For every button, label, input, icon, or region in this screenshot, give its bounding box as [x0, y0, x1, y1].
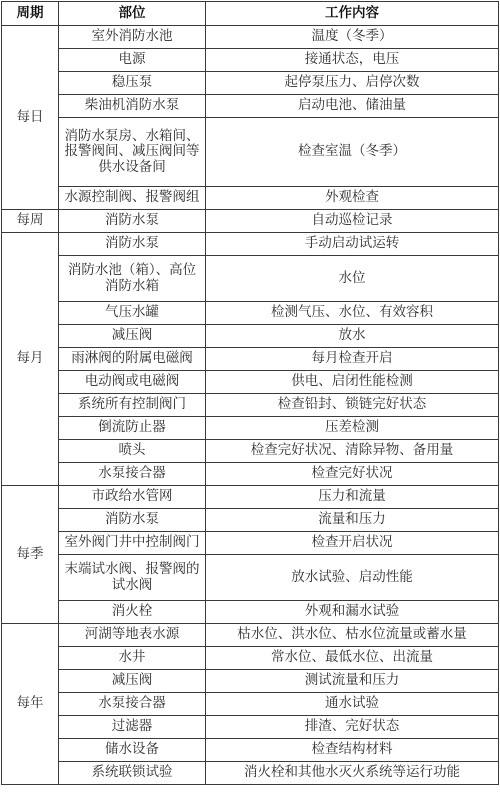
part-cell: 水泵接合器 — [59, 693, 206, 716]
content-cell: 供电、启闭性能检测 — [206, 371, 499, 394]
content-cell: 检查开启状况 — [206, 532, 499, 555]
period-monthly: 每月 — [2, 233, 59, 486]
table-row: 每月 消防水泵 手动启动试运转 — [2, 233, 499, 256]
table-row: 喷头 检查完好状况、清除异物、备用量 — [2, 440, 499, 463]
table-row: 减压阀 测试流量和压力 — [2, 670, 499, 693]
content-cell: 检查铅封、锁链完好状态 — [206, 394, 499, 417]
content-cell: 温度（冬季） — [206, 26, 499, 49]
part-cell: 水源控制阀、报警阀组 — [59, 187, 206, 210]
part-cell: 过滤器 — [59, 716, 206, 739]
part-cell: 减压阀 — [59, 325, 206, 348]
period-weekly: 每周 — [2, 210, 59, 233]
content-cell: 每月检查开启 — [206, 348, 499, 371]
maintenance-schedule-table: 周期 部位 工作内容 每日 室外消防水池 温度（冬季） 电源 接通状态，电压 稳… — [1, 1, 499, 785]
content-cell: 手动启动试运转 — [206, 233, 499, 256]
content-cell: 起停泵压力、启停次数 — [206, 72, 499, 95]
table-row: 储水设备 检查结构材料 — [2, 739, 499, 762]
table-row: 雨淋阀的附属电磁阀 每月检查开启 — [2, 348, 499, 371]
table-row: 水源控制阀、报警阀组 外观检查 — [2, 187, 499, 210]
part-cell: 气压水罐 — [59, 302, 206, 325]
table-row: 柴油机消防水泵 启动电池、储油量 — [2, 95, 499, 118]
part-cell: 市政给水管网 — [59, 486, 206, 509]
table-row: 水泵接合器 通水试验 — [2, 693, 499, 716]
part-cell: 末端试水阀、报警阀的试水阀 — [59, 555, 206, 601]
table-row: 电源 接通状态，电压 — [2, 49, 499, 72]
content-cell: 接通状态，电压 — [206, 49, 499, 72]
content-cell: 检查完好状况 — [206, 463, 499, 486]
content-cell: 检查结构材料 — [206, 739, 499, 762]
content-cell: 枯水位、洪水位、枯水位流量或蓄水量 — [206, 624, 499, 647]
table-row: 消防水池（箱）、高位消防水箱 水位 — [2, 256, 499, 302]
content-cell: 放水试验、启动性能 — [206, 555, 499, 601]
table-row: 每日 室外消防水池 温度（冬季） — [2, 26, 499, 49]
table-row: 稳压泵 起停泵压力、启停次数 — [2, 72, 499, 95]
table-row: 消防水泵房、水箱间、报警阀间、减压阀间等供水设备间 检查室温（冬季） — [2, 118, 499, 187]
table-row: 系统联锁试验 消火栓和其他水灭火系统等运行功能 — [2, 762, 499, 785]
content-cell: 水位 — [206, 256, 499, 302]
part-cell: 水泵接合器 — [59, 463, 206, 486]
part-cell: 稳压泵 — [59, 72, 206, 95]
table-row: 倒流防止器 压差检测 — [2, 417, 499, 440]
content-cell: 放水 — [206, 325, 499, 348]
content-cell: 检查完好状况、清除异物、备用量 — [206, 440, 499, 463]
table-row: 水井 常水位、最低水位、出流量 — [2, 647, 499, 670]
content-cell: 常水位、最低水位、出流量 — [206, 647, 499, 670]
part-cell: 储水设备 — [59, 739, 206, 762]
period-yearly: 每年 — [2, 624, 59, 785]
table-row: 气压水罐 检测气压、水位、有效容积 — [2, 302, 499, 325]
part-cell: 消火栓 — [59, 601, 206, 624]
part-cell: 水井 — [59, 647, 206, 670]
table-row: 每年 河湖等地表水源 枯水位、洪水位、枯水位流量或蓄水量 — [2, 624, 499, 647]
part-cell: 河湖等地表水源 — [59, 624, 206, 647]
part-cell: 系统所有控制阀门 — [59, 394, 206, 417]
table-row: 系统所有控制阀门 检查铅封、锁链完好状态 — [2, 394, 499, 417]
content-cell: 压差检测 — [206, 417, 499, 440]
content-cell: 通水试验 — [206, 693, 499, 716]
table-row: 水泵接合器 检查完好状况 — [2, 463, 499, 486]
content-cell: 检测气压、水位、有效容积 — [206, 302, 499, 325]
content-cell: 自动巡检记录 — [206, 210, 499, 233]
part-cell: 电动阀或电磁阀 — [59, 371, 206, 394]
header-content: 工作内容 — [206, 2, 499, 26]
content-cell: 启动电池、储油量 — [206, 95, 499, 118]
period-quarterly: 每季 — [2, 486, 59, 624]
period-daily: 每日 — [2, 26, 59, 210]
content-cell: 测试流量和压力 — [206, 670, 499, 693]
table-row: 电动阀或电磁阀 供电、启闭性能检测 — [2, 371, 499, 394]
part-cell: 消防水池（箱）、高位消防水箱 — [59, 256, 206, 302]
part-cell: 消防水泵 — [59, 233, 206, 256]
part-cell: 减压阀 — [59, 670, 206, 693]
content-cell: 外观和漏水试验 — [206, 601, 499, 624]
part-cell: 柴油机消防水泵 — [59, 95, 206, 118]
table-row: 每周 消防水泵 自动巡检记录 — [2, 210, 499, 233]
header-period: 周期 — [2, 2, 59, 26]
table-row: 过滤器 排渣、完好状态 — [2, 716, 499, 739]
table-row: 消防水泵 流量和压力 — [2, 509, 499, 532]
part-cell: 消防水泵 — [59, 509, 206, 532]
part-cell: 室外阀门井中控制阀门 — [59, 532, 206, 555]
part-cell: 雨淋阀的附属电磁阀 — [59, 348, 206, 371]
table-row: 末端试水阀、报警阀的试水阀 放水试验、启动性能 — [2, 555, 499, 601]
content-cell: 流量和压力 — [206, 509, 499, 532]
content-cell: 排渣、完好状态 — [206, 716, 499, 739]
table-row: 减压阀 放水 — [2, 325, 499, 348]
content-cell: 检查室温（冬季） — [206, 118, 499, 187]
part-cell: 室外消防水池 — [59, 26, 206, 49]
table-row: 室外阀门井中控制阀门 检查开启状况 — [2, 532, 499, 555]
part-cell: 消防水泵房、水箱间、报警阀间、减压阀间等供水设备间 — [59, 118, 206, 187]
part-cell: 倒流防止器 — [59, 417, 206, 440]
content-cell: 压力和流量 — [206, 486, 499, 509]
content-cell: 消火栓和其他水灭火系统等运行功能 — [206, 762, 499, 785]
part-cell: 系统联锁试验 — [59, 762, 206, 785]
header-part: 部位 — [59, 2, 206, 26]
table-row: 每季 市政给水管网 压力和流量 — [2, 486, 499, 509]
part-cell: 喷头 — [59, 440, 206, 463]
table-row: 消火栓 外观和漏水试验 — [2, 601, 499, 624]
header-row: 周期 部位 工作内容 — [2, 2, 499, 26]
part-cell: 电源 — [59, 49, 206, 72]
content-cell: 外观检查 — [206, 187, 499, 210]
part-cell: 消防水泵 — [59, 210, 206, 233]
